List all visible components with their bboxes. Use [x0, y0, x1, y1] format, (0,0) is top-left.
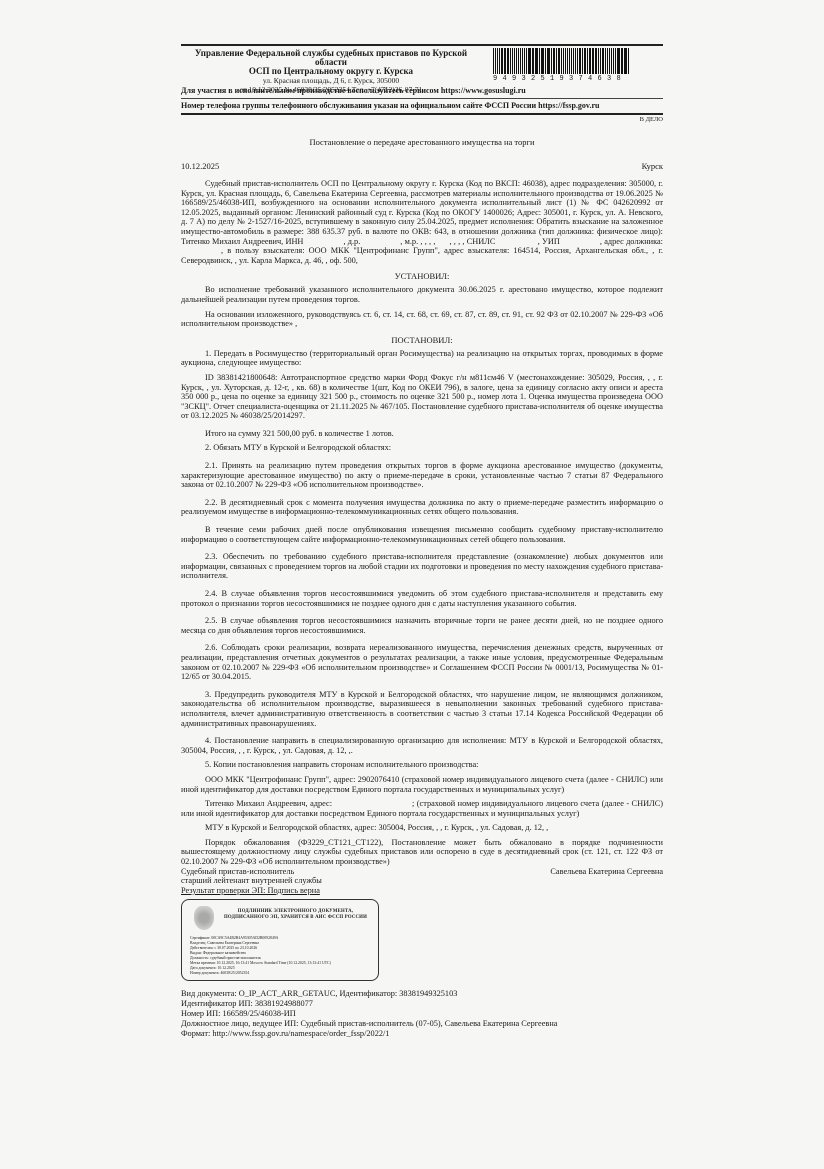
signature-check-result: Результат проверки ЭП: Подпись верна [181, 886, 663, 896]
total-sum: Итого на сумму 321 500,00 руб. в количес… [181, 429, 663, 439]
signature-line: Судебный пристав-исполнитель Савельева Е… [181, 867, 663, 877]
item-3: 3. Предупредить руководителя МТУ в Курск… [181, 690, 663, 728]
established-heading: УСТАНОВИЛ: [181, 271, 663, 281]
document-content: Управление Федеральной службы судебных п… [181, 44, 663, 1038]
recipient-3: МТУ в Курской и Белгородской областях, а… [181, 823, 663, 833]
property-description: ID 38381421800648: Автотранспортное сред… [181, 373, 663, 421]
document-metadata: Вид документа: O_IP_ACT_ARR_GETAUC, Иден… [181, 989, 663, 1038]
signer-position: Судебный пристав-исполнитель [181, 867, 294, 877]
item-2-2: 2.2. В десятидневный срок с момента полу… [181, 498, 663, 517]
responsible-official: Должностное лицо, ведущее ИП: Судебный п… [181, 1019, 663, 1029]
agency-name: Управление Федеральной службы судебных п… [181, 49, 481, 67]
item-2-4: 2.4. В случае объявления торгов несостоя… [181, 589, 663, 608]
item-2-3: 2.3. Обеспечить по требованию судебного … [181, 552, 663, 581]
document-page: Управление Федеральной службы судебных п… [0, 0, 824, 1169]
department-name: ОСП по Центральному округу г. Курска [181, 67, 481, 76]
document-date: 10.12.2025 [181, 161, 219, 171]
item-2-5: 2.5. В случае объявления торгов несостоя… [181, 616, 663, 635]
item-4: 4. Постановление направить в специализир… [181, 736, 663, 755]
agency-block: Управление Федеральной службы судебных п… [181, 49, 481, 94]
resolved-heading: ПОСТАНОВИЛ: [181, 335, 663, 345]
doc-type: Вид документа: O_IP_ACT_ARR_GETAUC, Иден… [181, 989, 663, 999]
department-address: ул. Красная площадь, Д 6, г. Курск, 3050… [181, 76, 481, 85]
stamp-details: Сертификат: 00CA9C5A4B2B4A95305AD2B00928… [190, 936, 331, 976]
item-1: 1. Передать в Росимущество (территориаль… [181, 349, 663, 368]
signer-name: Савельева Екатерина Сергеевна [550, 867, 663, 877]
stamp-heading: ПОДЛИННИК ЭЛЕКТРОННОГО ДОКУМЕНТА, ПОДПИС… [218, 909, 373, 921]
recipient-1: ООО МКК "Центрофинанс Групп", адрес: 290… [181, 775, 663, 794]
item-2-2-notice: В течение семи рабочих дней после опубли… [181, 525, 663, 544]
item-2-6: 2.6. Соблюдать сроки реализации, возврат… [181, 643, 663, 681]
appeal-procedure: Порядок обжалования (ФЗ229_СТ121_СТ122),… [181, 838, 663, 867]
ip-number: Номер ИП: 166589/25/46038-ИП [181, 1009, 663, 1019]
recipient-2: Титенко Михаил Андреевич, адрес:; (страх… [181, 799, 663, 818]
document-city: Курск [642, 161, 663, 171]
intro-paragraph: Судебный пристав-исполнитель ОСП по Цент… [181, 179, 663, 265]
letterhead: Управление Федеральной службы судебных п… [181, 44, 663, 84]
established-paragraph-2: На основании изложенного, руководствуясь… [181, 310, 663, 329]
document-title: Постановление о передаче арестованного и… [181, 137, 663, 147]
ip-identifier: Идентификатор ИП: 38381924988077 [181, 999, 663, 1009]
v-delo-mark: В ДЕЛО [181, 116, 663, 123]
item-2-1: 2.1. Принять на реализацию путем проведе… [181, 461, 663, 490]
phone-notice: Номер телефона группы телефонного обслуж… [181, 98, 663, 115]
registration-line: от 10.12.2025 № 46038/25/2052354 Тел. +7… [181, 85, 481, 94]
established-paragraph-1: Во исполнение требований указанного испо… [181, 285, 663, 304]
item-5: 5. Копии постановления направить сторона… [181, 760, 663, 770]
barcode-bars [493, 48, 663, 74]
item-2: 2. Обязать МТУ в Курской и Белгородской … [181, 443, 663, 453]
format-url: Формат: http://www.fssp.gov.ru/namespace… [181, 1029, 663, 1039]
signer-rank: старший лейтенант внутренней службы [181, 876, 663, 886]
coat-of-arms-icon [194, 906, 214, 930]
barcode: 94932519374638 [493, 48, 663, 84]
electronic-signature-stamp: ПОДЛИННИК ЭЛЕКТРОННОГО ДОКУМЕНТА, ПОДПИС… [181, 899, 379, 981]
date-place-line: 10.12.2025 Курск [181, 161, 663, 171]
barcode-digits: 94932519374638 [493, 75, 663, 83]
